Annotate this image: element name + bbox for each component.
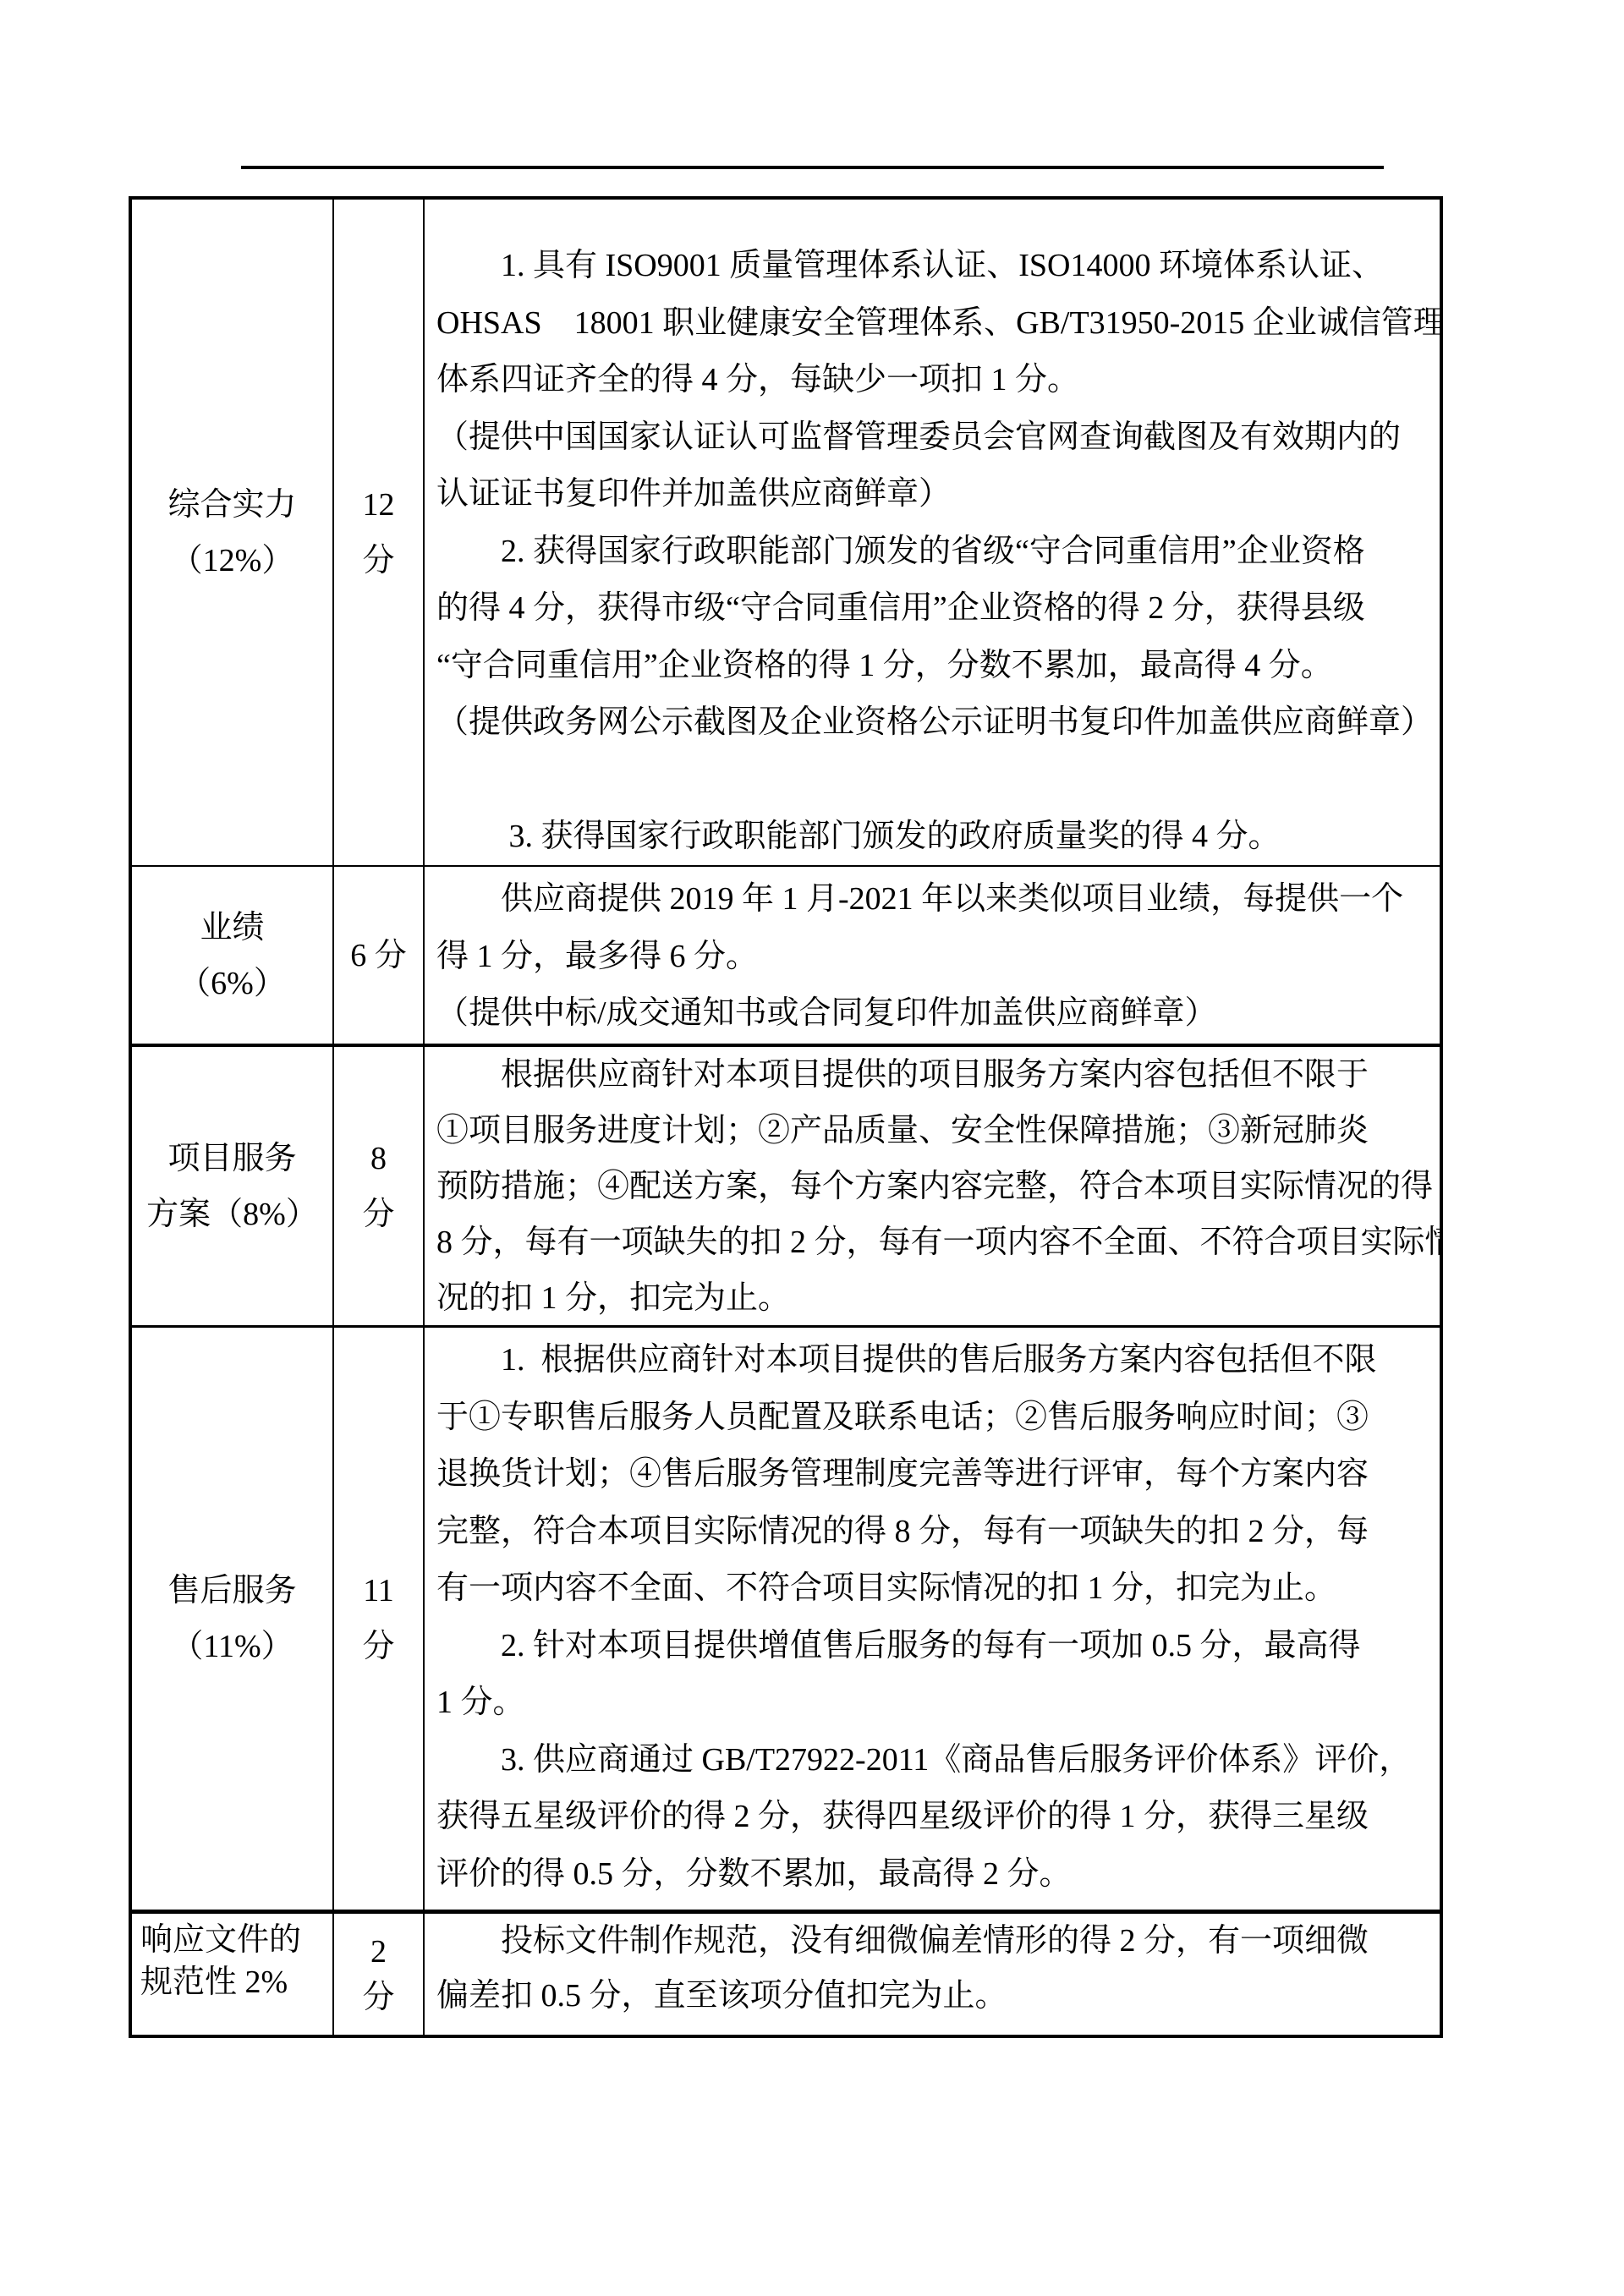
description-line: 1. 具有 ISO9001 质量管理体系认证、ISO14000 环境体系认证、: [436, 238, 1433, 295]
description-line: 退换货计划；④售后服务管理制度完善等进行评审，每个方案内容: [436, 1446, 1433, 1504]
score-cell: 6 分: [334, 867, 425, 1047]
description-cell: 1. 具有 ISO9001 质量管理体系认证、ISO14000 环境体系认证、O…: [425, 200, 1440, 867]
score-line: 11: [363, 1563, 394, 1619]
criterion-line: 售后服务: [167, 1563, 296, 1619]
description-line: 2. 针对本项目提供增值售后服务的每有一项加 0.5 分，最高得: [436, 1618, 1433, 1675]
description-line: （提供中国国家认证认可监督管理委员会官网查询截图及有效期内的: [436, 409, 1433, 467]
description-line: 投标文件制作规范，没有细微偏差情形的得 2 分，有一项细微: [436, 1914, 1433, 1969]
description-line: 得 1 分，最多得 6 分。: [436, 929, 1433, 986]
score-cell: 2分: [334, 1914, 425, 2035]
score-line: 12: [363, 477, 395, 533]
criterion-cell: 响应文件的规范性 2%: [132, 1914, 334, 2035]
criterion-cell: 项目服务方案（8%）: [132, 1047, 334, 1328]
description-line: ①项目服务进度计划；②产品质量、安全性保障措施；③新冠肺炎: [436, 1103, 1433, 1159]
description-line: [436, 752, 1433, 809]
score-line: 6 分: [350, 928, 407, 984]
score-line: 分: [362, 1619, 394, 1674]
score-line: 2: [370, 1929, 387, 1975]
score-line: 8: [370, 1131, 387, 1186]
criterion-line: 综合实力: [167, 477, 296, 533]
description-line: 偏差扣 0.5 分，直至该项分值扣完为止。: [436, 1969, 1433, 2024]
score-line: 分: [362, 533, 394, 589]
description-line: 供应商提供 2019 年 1 月-2021 年以来类似项目业绩，每提供一个: [436, 871, 1433, 929]
description-line: 认证证书复印件并加盖供应商鲜章）: [436, 466, 1433, 523]
description-line: 于①专职售后服务人员配置及联系电话；②售后服务响应时间；③: [436, 1389, 1433, 1447]
criterion-line: 方案（8%）: [146, 1186, 318, 1242]
description-cell: 投标文件制作规范，没有细微偏差情形的得 2 分，有一项细微偏差扣 0.5 分，直…: [425, 1914, 1440, 2035]
description-line: （提供政务网公示截图及企业资格公示证明书复印件加盖供应商鲜章）: [436, 694, 1433, 752]
criterion-line: 业绩: [200, 900, 264, 956]
score-line: 分: [362, 1186, 394, 1242]
document-page: 综合实力（12%）12分 1. 具有 ISO9001 质量管理体系认证、ISO1…: [0, 0, 1624, 2296]
criterion-cell: 售后服务（11%）: [132, 1328, 334, 1914]
criterion-line: 规范性 2%: [140, 1961, 288, 2003]
description-line: 1 分。: [436, 1674, 1433, 1732]
criterion-cell: 业绩（6%）: [132, 867, 334, 1047]
description-line: 8 分，每有一项缺失的扣 2 分，每有一项内容不全面、不符合项目实际情: [436, 1214, 1433, 1270]
description-cell: 1. 根据供应商针对本项目提供的售后服务方案内容包括但不限于①专职售后服务人员配…: [425, 1328, 1440, 1914]
description-cell: 供应商提供 2019 年 1 月-2021 年以来类似项目业绩，每提供一个得 1…: [425, 867, 1440, 1047]
description-line: 1. 根据供应商针对本项目提供的售后服务方案内容包括但不限: [436, 1332, 1433, 1389]
description-line: “守合同重信用”企业资格的得 1 分，分数不累加，最高得 4 分。: [436, 638, 1433, 695]
criterion-line: （11%）: [171, 1619, 293, 1674]
criterion-line: （12%）: [171, 533, 294, 589]
description-cell: 根据供应商针对本项目提供的项目服务方案内容包括但不限于①项目服务进度计划；②产品…: [425, 1047, 1440, 1328]
score-cell: 12分: [334, 200, 425, 867]
score-line: 分: [362, 1975, 394, 2020]
description-line: 况的扣 1 分，扣完为止。: [436, 1270, 1433, 1326]
score-cell: 8分: [334, 1047, 425, 1328]
description-line: 3. 供应商通过 GB/T27922-2011《商品售后服务评价体系》评价，: [436, 1732, 1433, 1789]
description-line: 根据供应商针对本项目提供的项目服务方案内容包括但不限于: [436, 1047, 1433, 1103]
criterion-line: （6%）: [178, 956, 286, 1011]
description-line: 完整，符合本项目实际情况的得 8 分，每有一项缺失的扣 2 分，每: [436, 1504, 1433, 1561]
description-line: 有一项内容不全面、不符合项目实际情况的扣 1 分，扣完为止。: [436, 1560, 1433, 1618]
header-underline: [241, 166, 1384, 169]
description-line: 体系四证齐全的得 4 分，每缺少一项扣 1 分。: [436, 352, 1433, 409]
description-line: 预防措施；④配送方案，每个方案内容完整，符合本项目实际情况的得: [436, 1159, 1433, 1214]
description-line: OHSAS 18001 职业健康安全管理体系、GB/T31950-2015 企业…: [436, 295, 1433, 353]
description-line: 的得 4 分，获得市级“守合同重信用”企业资格的得 2 分，获得县级: [436, 580, 1433, 638]
description-line: （提供中标/成交通知书或合同复印件加盖供应商鲜章）: [436, 985, 1433, 1043]
criterion-line: 项目服务: [167, 1131, 296, 1186]
criterion-line: 响应文件的: [140, 1919, 301, 1961]
criterion-cell: 综合实力（12%）: [132, 200, 334, 867]
evaluation-criteria-table: 综合实力（12%）12分 1. 具有 ISO9001 质量管理体系认证、ISO1…: [129, 196, 1443, 2038]
description-line: 获得五星级评价的得 2 分，获得四星级评价的得 1 分，获得三星级: [436, 1789, 1433, 1846]
description-line: 3. 获得国家行政职能部门颁发的政府质量奖的得 4 分。: [436, 808, 1433, 866]
description-line: 2. 获得国家行政职能部门颁发的省级“守合同重信用”企业资格: [436, 523, 1433, 581]
score-cell: 11分: [334, 1328, 425, 1914]
description-line: 评价的得 0.5 分，分数不累加，最高得 2 分。: [436, 1846, 1433, 1904]
